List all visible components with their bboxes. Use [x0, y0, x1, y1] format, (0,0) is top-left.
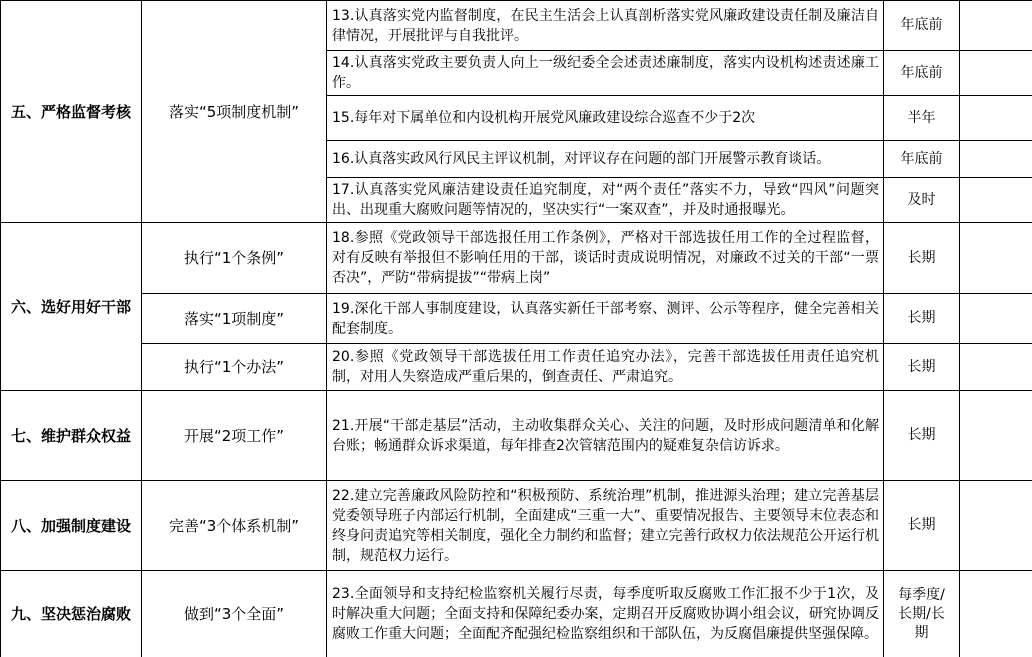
remark-cell — [960, 391, 1032, 481]
task-cell: 14.认真落实党政主要负责人向上一级纪委全会述责述廉制度，落实内设机构述责述廉工… — [327, 51, 884, 96]
remark-cell — [960, 51, 1032, 96]
remark-cell — [960, 96, 1032, 141]
category-cell: 八、加强制度建设 — [1, 481, 142, 571]
table-row: 七、维护群众权益 开展“2项工作” 21.开展“干部走基层”活动，主动收集群众关… — [1, 391, 1032, 481]
remark-cell — [960, 141, 1032, 178]
deadline-cell: 每季度/长期/长期 — [884, 571, 960, 657]
deadline-cell: 年底前 — [884, 141, 960, 178]
task-cell: 18.参照《党政领导干部选报任用工作条例》，严格对干部选拔任用工作的全过程监督，… — [327, 223, 884, 294]
category-cell: 六、选好用好干部 — [1, 223, 142, 391]
task-cell: 17.认真落实党风廉洁建设责任追究制度，对“两个责任”落实不力，导致“四风”问题… — [327, 178, 884, 223]
category-cell: 七、维护群众权益 — [1, 391, 142, 481]
remark-cell — [960, 481, 1032, 571]
sub-item-cell: 完善“3个体系机制” — [142, 481, 327, 571]
task-cell: 13.认真落实党内监督制度，在民主生活会上认真剖析落实党风廉政建设责任制及廉洁自… — [327, 1, 884, 51]
sub-item-cell: 执行“1个办法” — [142, 344, 327, 391]
sub-item-cell: 开展“2项工作” — [142, 391, 327, 481]
deadline-cell: 长期 — [884, 344, 960, 391]
deadline-cell: 长期 — [884, 391, 960, 481]
remark-cell — [960, 344, 1032, 391]
remark-cell — [960, 294, 1032, 344]
deadline-cell: 年底前 — [884, 1, 960, 51]
deadline-cell: 年底前 — [884, 51, 960, 96]
sub-item-cell: 做到“3个全面” — [142, 571, 327, 657]
remark-cell — [960, 223, 1032, 294]
table-row: 执行“1个办法” 20.参照《党政领导干部选拔任用工作责任追究办法》，完善干部选… — [1, 344, 1032, 391]
deadline-cell: 长期 — [884, 223, 960, 294]
task-cell: 22.建立完善廉政风险防控和“积极预防、系统治理”机制，推进源头治理；建立完善基… — [327, 481, 884, 571]
responsibility-table: 五、严格监督考核 落实“5项制度机制” 13.认真落实党内监督制度，在民主生活会… — [0, 0, 1032, 657]
task-table-page: 五、严格监督考核 落实“5项制度机制” 13.认真落实党内监督制度，在民主生活会… — [0, 0, 1032, 657]
deadline-cell: 半年 — [884, 96, 960, 141]
task-cell: 19.深化干部人事制度建设，认真落实新任干部考察、测评、公示等程序，健全完善相关… — [327, 294, 884, 344]
deadline-cell: 及时 — [884, 178, 960, 223]
task-cell: 20.参照《党政领导干部选拔任用工作责任追究办法》，完善干部选拔任用责任追究机制… — [327, 344, 884, 391]
table-row: 八、加强制度建设 完善“3个体系机制” 22.建立完善廉政风险防控和“积极预防、… — [1, 481, 1032, 571]
remark-cell — [960, 178, 1032, 223]
category-cell: 五、严格监督考核 — [1, 1, 142, 223]
deadline-cell: 长期 — [884, 481, 960, 571]
task-cell: 23.全面领导和支持纪检监察机关履行尽责，每季度听取反腐败工作汇报不少于1次，及… — [327, 571, 884, 657]
category-cell: 九、坚决惩治腐败 — [1, 571, 142, 657]
remark-cell — [960, 1, 1032, 51]
task-cell: 15.每年对下属单位和内设机构开展党风廉政建设综合巡查不少于2次 — [327, 96, 884, 141]
table-row: 五、严格监督考核 落实“5项制度机制” 13.认真落实党内监督制度，在民主生活会… — [1, 1, 1032, 51]
task-cell: 16.认真落实政风行风民主评议机制，对评议存在问题的部门开展警示教育谈话。 — [327, 141, 884, 178]
task-cell: 21.开展“干部走基层”活动，主动收集群众关心、关注的问题，及时形成问题清单和化… — [327, 391, 884, 481]
sub-item-cell: 执行“1个条例” — [142, 223, 327, 294]
deadline-cell: 长期 — [884, 294, 960, 344]
remark-cell — [960, 571, 1032, 657]
sub-item-cell: 落实“5项制度机制” — [142, 1, 327, 223]
table-row: 落实“1项制度” 19.深化干部人事制度建设，认真落实新任干部考察、测评、公示等… — [1, 294, 1032, 344]
table-row: 九、坚决惩治腐败 做到“3个全面” 23.全面领导和支持纪检监察机关履行尽责，每… — [1, 571, 1032, 657]
sub-item-cell: 落实“1项制度” — [142, 294, 327, 344]
table-row: 六、选好用好干部 执行“1个条例” 18.参照《党政领导干部选报任用工作条例》，… — [1, 223, 1032, 294]
